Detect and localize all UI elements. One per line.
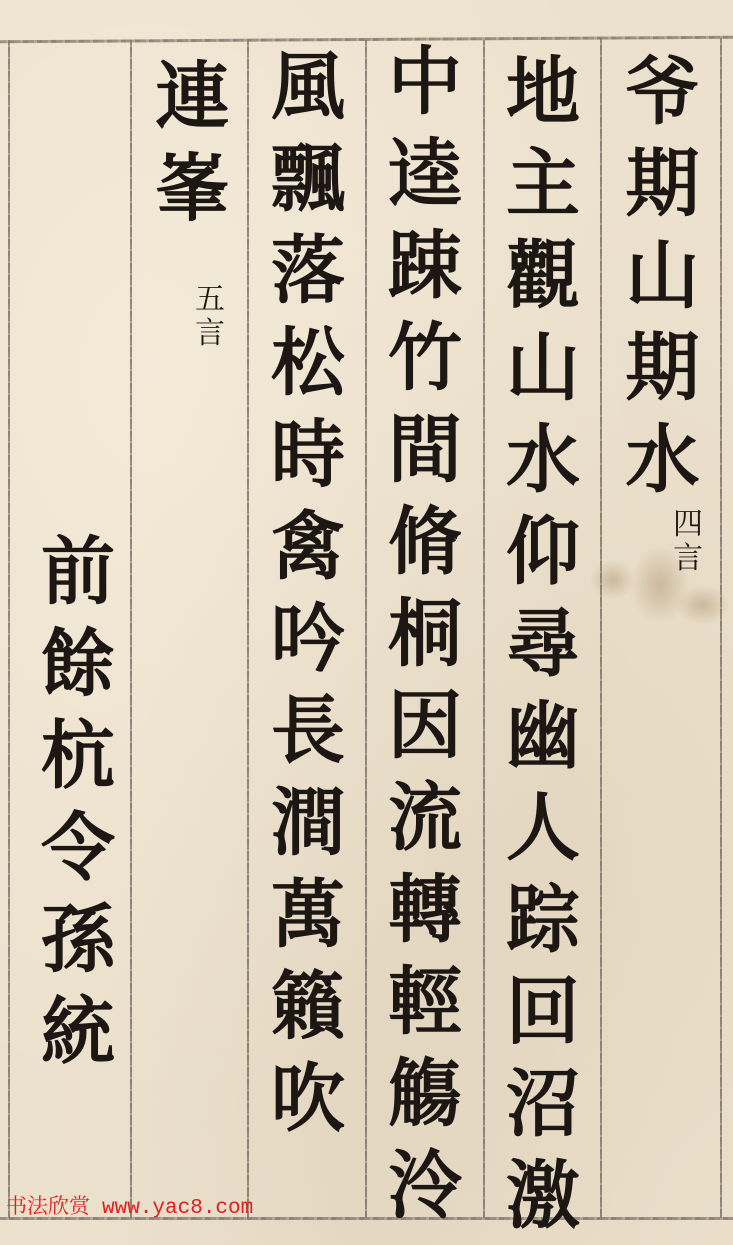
column-rule <box>600 38 602 1218</box>
calligraphy-page: 爷 期 山 期 水 四 言 地 主 觀 山 水 仰 尋 幽 人 踪 回 沼 激 … <box>0 0 733 1245</box>
character: 脩 <box>388 505 462 597</box>
character: 言 <box>673 544 703 578</box>
character: 言 <box>195 319 225 353</box>
watermark: 书法欣赏www.yac8.com <box>6 1190 253 1220</box>
character: 飄 <box>271 142 345 234</box>
character: 踈 <box>388 229 462 321</box>
character: 前 <box>41 535 115 627</box>
character: 松 <box>271 326 345 418</box>
character: 餘 <box>41 627 115 719</box>
column-1-note: 四 言 <box>668 510 708 578</box>
character: 中 <box>388 45 462 137</box>
character: 萬 <box>271 878 345 970</box>
column-rule <box>720 38 722 1218</box>
character: 踪 <box>506 883 580 975</box>
character: 孫 <box>41 903 115 995</box>
character: 桐 <box>388 597 462 689</box>
character: 轉 <box>388 873 462 965</box>
character: 幽 <box>506 699 580 791</box>
character: 水 <box>506 423 580 515</box>
character: 激 <box>506 1159 580 1245</box>
column-rule <box>130 40 132 1218</box>
character: 因 <box>388 689 462 781</box>
character: 峯 <box>156 152 230 262</box>
character: 觀 <box>506 239 580 331</box>
column-rule <box>8 40 10 1218</box>
character: 長 <box>271 694 345 786</box>
paper-stain <box>675 585 730 625</box>
character: 主 <box>506 147 580 239</box>
column-rule <box>247 40 249 1218</box>
character: 吹 <box>271 1062 345 1154</box>
character: 期 <box>626 147 700 239</box>
column-rule <box>483 40 485 1218</box>
character: 山 <box>506 331 580 423</box>
character: 山 <box>626 239 700 331</box>
character: 五 <box>195 285 225 319</box>
character: 令 <box>41 811 115 903</box>
column-rule <box>365 40 367 1218</box>
column-5-title: 連 峯 <box>145 60 240 262</box>
character: 回 <box>506 975 580 1067</box>
character: 間 <box>388 413 462 505</box>
column-signature: 前 餘 杭 令 孫 統 <box>28 535 128 1087</box>
character: 風 <box>271 50 345 142</box>
character: 期 <box>626 331 700 423</box>
character: 澗 <box>271 786 345 878</box>
column-4-poem: 風 飄 落 松 時 禽 吟 長 澗 萬 籟 吹 <box>258 50 358 1154</box>
column-1-title: 爷 期 山 期 水 <box>615 55 710 515</box>
character: 流 <box>388 781 462 873</box>
character: 四 <box>673 510 703 544</box>
character: 人 <box>506 791 580 883</box>
character: 禽 <box>271 510 345 602</box>
column-2-poem: 地 主 觀 山 水 仰 尋 幽 人 踪 回 沼 激 <box>493 55 593 1245</box>
watermark-url: www.yac8.com <box>102 1197 253 1220</box>
character: 吟 <box>271 602 345 694</box>
character: 水 <box>626 423 700 515</box>
character: 輕 <box>388 965 462 1057</box>
character: 泠 <box>388 1149 462 1241</box>
character: 籟 <box>271 970 345 1062</box>
watermark-label: 书法欣赏 <box>6 1194 90 1218</box>
column-3-poem: 中 逵 踈 竹 間 脩 桐 因 流 轉 輕 觴 泠 <box>375 45 475 1241</box>
character: 竹 <box>388 321 462 413</box>
character: 落 <box>271 234 345 326</box>
character: 統 <box>41 995 115 1087</box>
column-5-note: 五 言 <box>190 285 230 353</box>
character: 杭 <box>41 719 115 811</box>
character: 連 <box>156 60 230 152</box>
character: 尋 <box>506 607 580 699</box>
character: 地 <box>506 55 580 147</box>
character: 沼 <box>506 1067 580 1159</box>
character: 觴 <box>388 1057 462 1149</box>
character: 爷 <box>626 55 700 147</box>
character: 仰 <box>506 515 580 607</box>
paper-stain <box>590 560 635 600</box>
character: 時 <box>271 418 345 510</box>
character: 逵 <box>388 137 462 229</box>
